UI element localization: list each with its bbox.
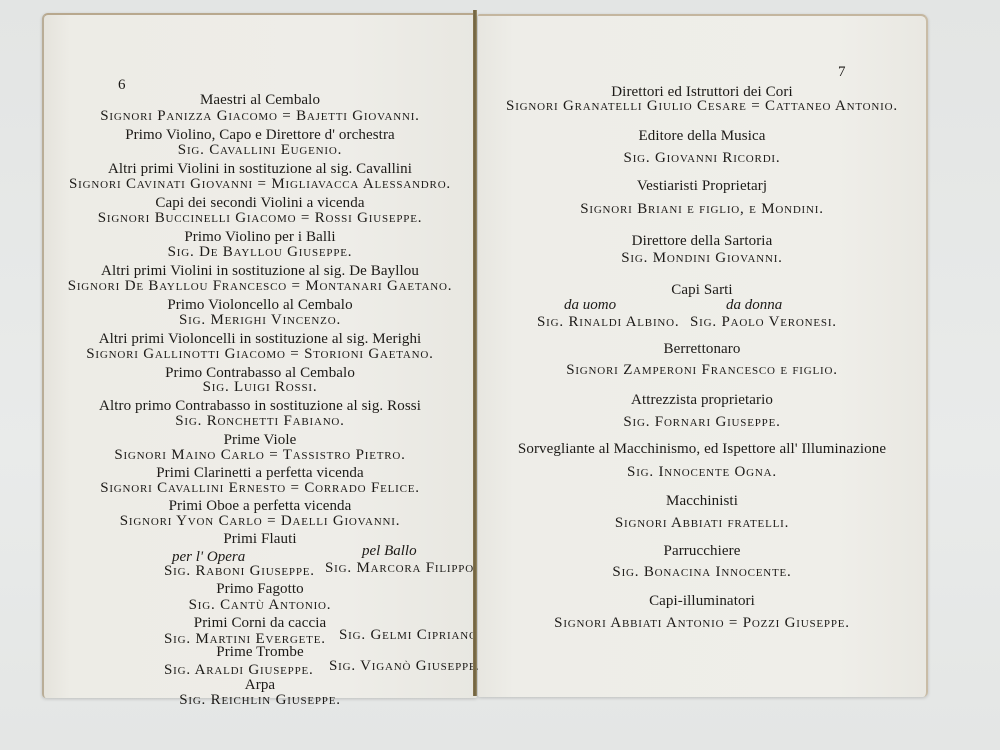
section-heading: Primo Fagotto	[216, 581, 304, 597]
section-names: Signori Granatelli Giulio Cesare = Catta…	[506, 98, 898, 114]
section-heading: Maestri al Cembalo	[200, 92, 320, 108]
section-heading: Capi-illuminatori	[649, 593, 755, 609]
section-names: Signori De Bayllou Francesco = Montanari…	[68, 278, 453, 294]
section-names: Sig. Bonacina Innocente.	[612, 564, 791, 580]
right-page: 7 Direttori ed Istruttori dei Cori Signo…	[478, 14, 928, 697]
section-names: Sig. Reichlin Giuseppe.	[179, 692, 341, 708]
section-heading: Berrettonaro	[664, 341, 741, 357]
section-names: Sig. Luigi Rossi.	[203, 379, 318, 395]
name-right: Sig. Viganò Giuseppe.	[329, 658, 481, 674]
section-names: Sig. Innocente Ogna.	[627, 464, 777, 480]
section-heading: Altro primo Contrabasso in sostituzione …	[99, 398, 421, 414]
section-heading: Parrucchiere	[664, 543, 741, 559]
section-names: Sig. Cavallini Eugenio.	[178, 142, 342, 158]
book-spine	[473, 10, 477, 696]
section-heading: Primi Oboe a perfetta vicenda	[169, 498, 352, 514]
section-heading: Editore della Musica	[639, 128, 766, 144]
section-names: Signori Abbiati fratelli.	[615, 515, 789, 531]
section-names: Signori Gallinotti Giacomo = Storioni Ga…	[86, 346, 433, 362]
section-heading: Attrezzista proprietario	[631, 392, 773, 408]
section-names: Sig. Giovanni Ricordi.	[624, 150, 781, 166]
section-names: Signori Abbiati Antonio = Pozzi Giuseppe…	[554, 615, 850, 631]
name-right: Sig. Gelmi Cipriano.	[339, 627, 482, 643]
name-left: Sig. Araldi Giuseppe.	[164, 662, 314, 678]
section-heading: Sorvegliante al Macchinismo, ed Ispettor…	[518, 441, 886, 457]
section-names: Sig. Mondini Giovanni.	[621, 250, 782, 266]
section-heading: Arpa	[245, 677, 275, 693]
section-names: Sig. Ronchetti Fabiano.	[175, 413, 344, 429]
subheading-right: da donna	[726, 297, 782, 313]
page-number: 6	[118, 77, 126, 94]
section-heading: Altri primi Violini in sostituzione al s…	[101, 263, 419, 279]
section-heading: Primo Violino per i Balli	[184, 229, 335, 245]
section-heading: Primo Violoncello al Cembalo	[167, 297, 352, 313]
section-heading: Altri primi Violoncelli in sostituzione …	[99, 331, 422, 347]
section-names: Sig. Merighi Vincenzo.	[179, 312, 341, 328]
subheading-right: pel Ballo	[362, 543, 417, 559]
section-heading: Primi Flauti	[223, 531, 296, 547]
section-heading: Altri primi Violini in sostituzione al s…	[108, 161, 412, 177]
section-names: Signori Cavallini Ernesto = Corrado Feli…	[100, 480, 420, 496]
name-right: Sig. Paolo Veronesi.	[690, 314, 837, 330]
section-names: Sig. De Bayllou Giuseppe.	[168, 244, 353, 260]
section-names: Signori Cavinati Giovanni = Migliavacca …	[69, 176, 451, 192]
section-names: Sig. Cantù Antonio.	[189, 597, 332, 613]
section-heading: Prime Viole	[224, 432, 297, 448]
section-heading: Direttore della Sartoria	[632, 233, 773, 249]
section-names: Signori Panizza Giacomo = Bajetti Giovan…	[100, 108, 419, 124]
section-heading: Primi Corni da caccia	[194, 615, 326, 631]
section-names: Signori Zamperoni Francesco e figlio.	[566, 362, 838, 378]
subheading-left: da uomo	[564, 297, 616, 313]
page-number: 7	[838, 64, 846, 81]
name-left: Sig. Raboni Giuseppe.	[164, 563, 315, 579]
section-names: Signori Yvon Carlo = Daelli Giovanni.	[120, 513, 401, 529]
name-left: Sig. Rinaldi Albino.	[537, 314, 679, 330]
section-heading: Capi Sarti	[671, 282, 732, 298]
section-heading: Capi dei secondi Violini a vicenda	[155, 195, 364, 211]
section-names: Signori Buccinelli Giacomo = Rossi Giuse…	[98, 210, 423, 226]
section-heading: Primo Violino, Capo e Direttore d' orche…	[125, 127, 395, 143]
name-right: Sig. Marcora Filippo.	[325, 560, 479, 576]
section-heading: Prime Trombe	[216, 644, 303, 660]
section-names: Sig. Fornari Giuseppe.	[623, 414, 780, 430]
section-names: Signori Briani e figlio, e Mondini.	[580, 201, 824, 217]
section-heading: Primi Clarinetti a perfetta vicenda	[156, 465, 364, 481]
left-page: 6 Maestri al Cembalo Signori Panizza Gia…	[42, 13, 477, 698]
section-heading: Macchinisti	[666, 493, 738, 509]
section-heading: Vestiaristi Proprietarj	[637, 178, 767, 194]
section-names: Signori Maino Carlo = Tassistro Pietro.	[114, 447, 405, 463]
